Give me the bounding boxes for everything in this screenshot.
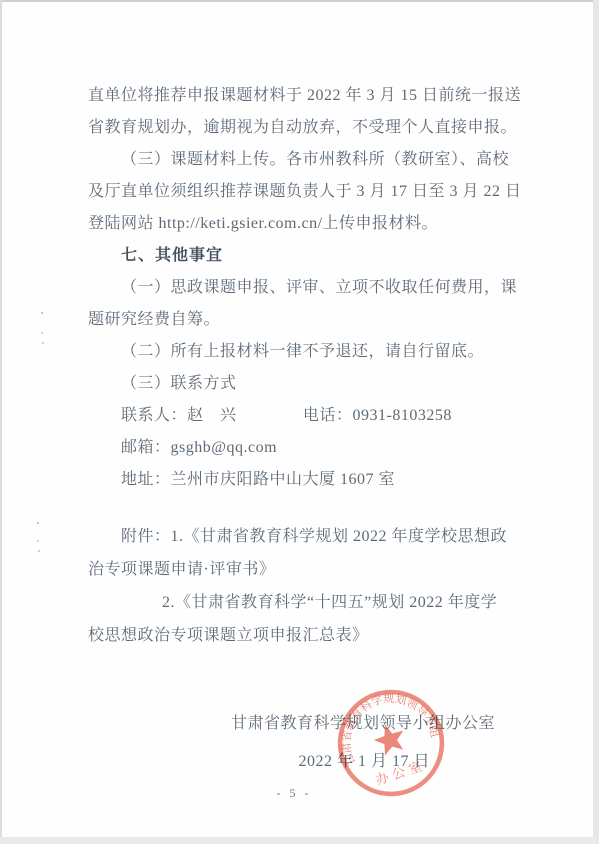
scan-artifact [41,312,43,314]
attachment-line: 2.《甘肃省教育科学“十四五”规划 2022 年度学 [88,586,524,619]
body-line: 题研究经费自筹。 [88,304,524,336]
body-line: 及厅直单位须组织推荐课题负责人于 3 月 17 日至 3 月 22 日 [88,176,524,208]
contact-person: 联系人：赵 兴 [121,407,237,424]
page-edge-top [0,0,599,2]
body-line: （一）思政课题申报、评审、立项不收取任何费用，课 [88,272,524,304]
document-page: 直单位将推荐申报课题材料于 2022 年 3 月 15 日前统一报送 省教育规划… [0,0,599,844]
spacer [88,652,524,707]
attachment-line: 校思想政治专项课题立项申报汇总表》 [88,619,524,652]
attachment-line: 附件：1.《甘肃省教育科学规划 2022 年度学校思想政 [88,520,524,553]
attachments-block: 附件：1.《甘肃省教育科学规划 2022 年度学校思想政 治专项课题申请·评审书… [88,520,524,652]
page-edge-left [0,0,2,844]
body-line: （三）联系方式 [88,368,524,400]
section-heading: 七、其他事宜 [88,240,524,272]
seal-star-icon [370,720,409,758]
page-edge-right [593,0,599,844]
spacer [88,496,524,520]
page-edge-bottom [0,837,599,844]
page-number: - 5 - [76,786,512,801]
body-line: （二）所有上报材料一律不予退还，请自行留底。 [88,336,524,368]
body-line-url: 登陆网站 http://keti.gsier.com.cn/上传申报材料。 [88,208,524,240]
document-body: 直单位将推荐申报课题材料于 2022 年 3 月 15 日前统一报送 省教育规划… [88,80,524,801]
body-line: 直单位将推荐申报课题材料于 2022 年 3 月 15 日前统一报送 [88,80,524,112]
contact-phone: 电话：0931-8103258 [303,400,452,432]
scan-artifact [37,522,39,524]
contact-address: 地址：兰州市庆阳路中山大厦 1607 室 [88,464,524,496]
signature-organization: 甘肃省教育科学规划领导小组办公室 [88,707,524,740]
contact-email: 邮箱：gsghb@qq.com [88,432,524,464]
body-line: （三）课题材料上传。各市州教科所（教研室）、高校 [88,144,524,176]
body-line: 省教育规划办，逾期视为自动放弃，不受理个人直接申报。 [88,112,524,144]
attachment-line: 治专项课题申请·评审书》 [88,553,524,586]
contact-row: 联系人：赵 兴 电话：0931-8103258 [88,400,524,432]
